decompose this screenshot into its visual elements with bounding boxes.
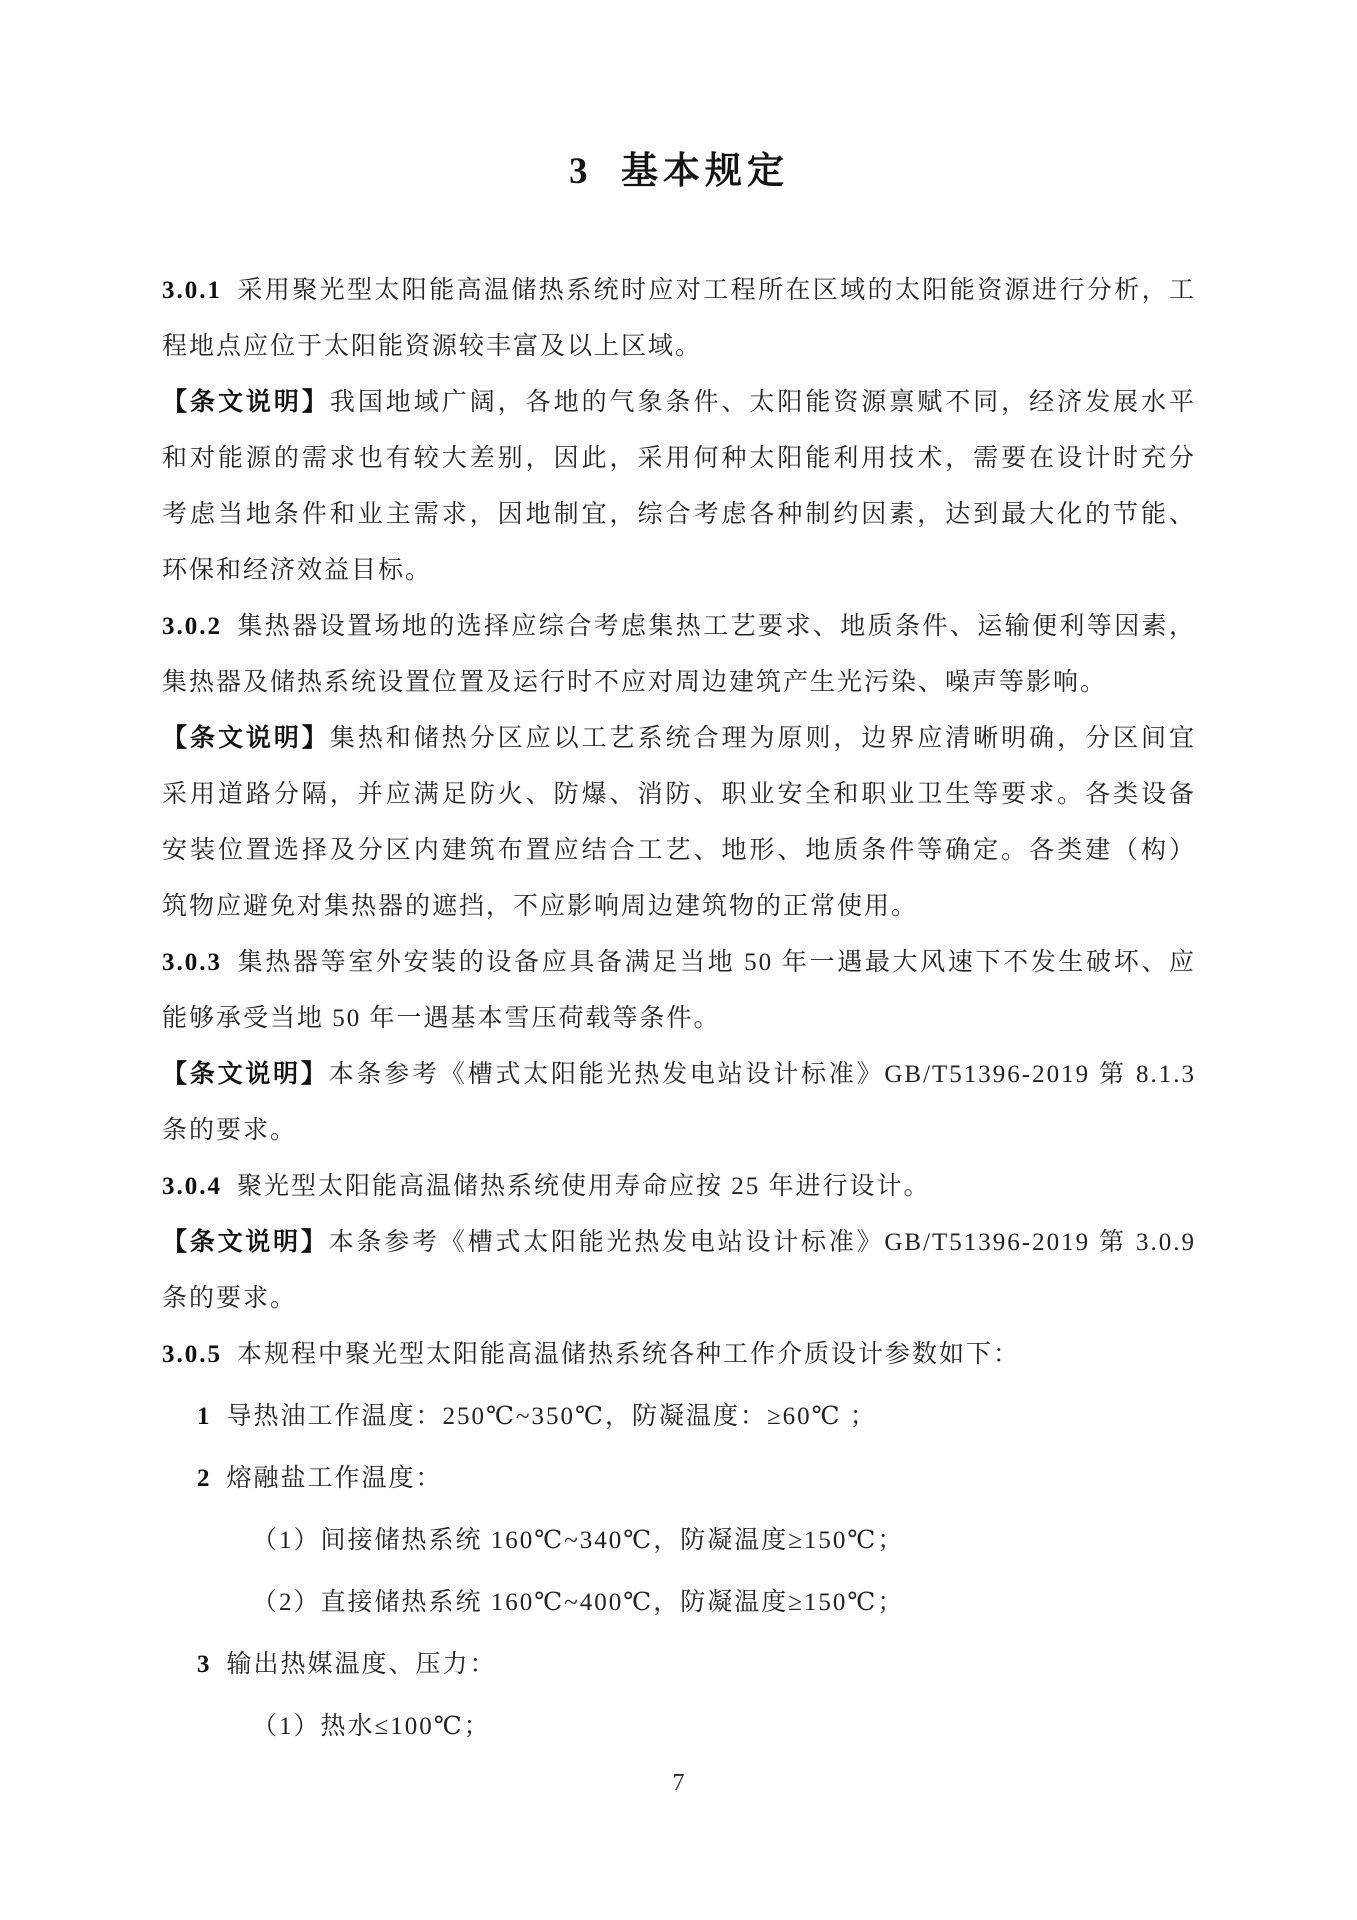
commentary-3-0-3: 【条文说明】本条参考《槽式太阳能光热发电站设计标准》GB/T51396-2019… [162, 1047, 1196, 1159]
line-text: 条的要求。 [162, 1117, 297, 1144]
line-text: 采用聚光型太阳能高温储热系统时应对工程所在区域的太阳能资源进行分析，工 [237, 277, 1196, 304]
item-number: 3 [197, 1651, 212, 1678]
document-page: 3 基本规定 3.0.1采用聚光型太阳能高温储热系统时应对工程所在区域的太阳能资… [0, 0, 1357, 1920]
commentary-line: 【条文说明】我国地域广阔，各地的气象条件、太阳能资源禀赋不同，经济发展水平 [162, 375, 1196, 431]
document-body: 3.0.1采用聚光型太阳能高温储热系统时应对工程所在区域的太阳能资源进行分析，工… [162, 263, 1196, 1755]
commentary-label: 【条文说明】 [162, 725, 330, 752]
commentary-line: 环保和经济效益目标。 [162, 543, 1196, 599]
commentary-label: 【条文说明】 [162, 389, 330, 416]
line-text: 程地点应位于太阳能资源较丰富及以上区域。 [162, 333, 702, 360]
clause-number: 3.0.4 [162, 1173, 222, 1200]
clause-line: 3.0.4聚光型太阳能高温储热系统使用寿命应按 25 年进行设计。 [162, 1159, 1196, 1215]
commentary-line: 条的要求。 [162, 1103, 1196, 1159]
clause-number: 3.0.2 [162, 613, 222, 640]
line-text: 集热器设置场地的选择应综合考虑集热工艺要求、地质条件、运输便利等因素， [237, 613, 1196, 640]
commentary-label: 【条文说明】 [162, 1061, 329, 1088]
list-item-1: 1导热油工作温度：250℃~350℃，防凝温度：≥60℃ ； [162, 1389, 1196, 1445]
commentary-line: 条的要求。 [162, 1271, 1196, 1327]
commentary-line: 安装位置选择及分区内建筑布置应结合工艺、地形、地质条件等确定。各类建（构） [162, 823, 1196, 879]
line-text: 安装位置选择及分区内建筑布置应结合工艺、地形、地质条件等确定。各类建（构） [162, 837, 1196, 864]
clause-number: 3.0.1 [162, 277, 222, 304]
commentary-line: 考虑当地条件和业主需求，因地制宜，综合考虑各种制约因素，达到最大化的节能、 [162, 487, 1196, 543]
line-text: 和对能源的需求也有较大差别，因此，采用何种太阳能利用技术，需要在设计时充分 [162, 445, 1196, 472]
clause-line: 3.0.5本规程中聚光型太阳能高温储热系统各种工作介质设计参数如下： [162, 1327, 1196, 1383]
clause-3-0-5: 3.0.5本规程中聚光型太阳能高温储热系统各种工作介质设计参数如下： 1导热油工… [162, 1327, 1196, 1755]
commentary-line: 筑物应避免对集热器的遮挡，不应影响周边建筑物的正常使用。 [162, 879, 1196, 935]
clause-line: 3.0.2集热器设置场地的选择应综合考虑集热工艺要求、地质条件、运输便利等因素， [162, 599, 1196, 655]
item-number: 2 [197, 1465, 212, 1492]
clause-3-0-4: 3.0.4聚光型太阳能高温储热系统使用寿命应按 25 年进行设计。 [162, 1159, 1196, 1215]
commentary-line: 采用道路分隔，并应满足防火、防爆、消防、职业安全和职业卫生等要求。各类设备 [162, 767, 1196, 823]
list-subitem-2-1: （1）间接储热系统 160℃~340℃，防凝温度≥150℃； [162, 1513, 1196, 1569]
list-subitem-3-1: （1）热水≤100℃； [162, 1699, 1196, 1755]
line-text: 条的要求。 [162, 1285, 297, 1312]
item-number: 1 [197, 1403, 212, 1430]
clause-number: 3.0.5 [162, 1341, 222, 1368]
clause-3-0-3: 3.0.3集热器等室外安装的设备应具备满足当地 50 年一遇最大风速下不发生破坏… [162, 935, 1196, 1047]
list-item-2: 2熔融盐工作温度： [162, 1451, 1196, 1507]
commentary-3-0-2: 【条文说明】集热和储热分区应以工艺系统合理为原则，边界应清晰明确，分区间宜 采用… [162, 711, 1196, 935]
page-number: 7 [0, 1768, 1357, 1798]
line-text: 筑物应避免对集热器的遮挡，不应影响周边建筑物的正常使用。 [162, 893, 918, 920]
commentary-line: 【条文说明】集热和储热分区应以工艺系统合理为原则，边界应清晰明确，分区间宜 [162, 711, 1196, 767]
list-item-3: 3输出热媒温度、压力： [162, 1637, 1196, 1693]
line-text: 聚光型太阳能高温储热系统使用寿命应按 25 年进行设计。 [237, 1173, 931, 1200]
clause-line: 能够承受当地 50 年一遇基本雪压荷载等条件。 [162, 991, 1196, 1047]
line-text: 环保和经济效益目标。 [162, 557, 432, 584]
commentary-label: 【条文说明】 [162, 1229, 329, 1256]
line-text: 本条参考《槽式太阳能光热发电站设计标准》GB/T51396-2019 第 3.0… [329, 1229, 1196, 1256]
clause-number: 3.0.3 [162, 949, 222, 976]
line-text: 采用道路分隔，并应满足防火、防爆、消防、职业安全和职业卫生等要求。各类设备 [162, 781, 1196, 808]
commentary-line: 【条文说明】本条参考《槽式太阳能光热发电站设计标准》GB/T51396-2019… [162, 1047, 1196, 1103]
line-text: 本条参考《槽式太阳能光热发电站设计标准》GB/T51396-2019 第 8.1… [329, 1061, 1196, 1088]
clause-3-0-1: 3.0.1采用聚光型太阳能高温储热系统时应对工程所在区域的太阳能资源进行分析，工… [162, 263, 1196, 375]
commentary-3-0-4: 【条文说明】本条参考《槽式太阳能光热发电站设计标准》GB/T51396-2019… [162, 1215, 1196, 1327]
line-text: 集热器及储热系统设置位置及运行时不应对周边建筑产生光污染、噪声等影响。 [162, 669, 1107, 696]
clause-line: 3.0.1采用聚光型太阳能高温储热系统时应对工程所在区域的太阳能资源进行分析，工 [162, 263, 1196, 319]
line-text: 考虑当地条件和业主需求，因地制宜，综合考虑各种制约因素，达到最大化的节能、 [162, 501, 1196, 528]
line-text: 集热和储热分区应以工艺系统合理为原则，边界应清晰明确，分区间宜 [330, 725, 1196, 752]
clause-3-0-2: 3.0.2集热器设置场地的选择应综合考虑集热工艺要求、地质条件、运输便利等因素，… [162, 599, 1196, 711]
line-text: 熔融盐工作温度： [227, 1465, 443, 1492]
commentary-line: 【条文说明】本条参考《槽式太阳能光热发电站设计标准》GB/T51396-2019… [162, 1215, 1196, 1271]
commentary-line: 和对能源的需求也有较大差别，因此，采用何种太阳能利用技术，需要在设计时充分 [162, 431, 1196, 487]
line-text: 导热油工作温度：250℃~350℃，防凝温度：≥60℃ ； [227, 1403, 877, 1430]
list-subitem-2-2: （2）直接储热系统 160℃~400℃，防凝温度≥150℃； [162, 1575, 1196, 1631]
clause-line: 集热器及储热系统设置位置及运行时不应对周边建筑产生光污染、噪声等影响。 [162, 655, 1196, 711]
line-text: （1）热水≤100℃； [252, 1713, 491, 1740]
line-text: 集热器等室外安装的设备应具备满足当地 50 年一遇最大风速下不发生破坏、应 [237, 949, 1196, 976]
clause-line: 3.0.3集热器等室外安装的设备应具备满足当地 50 年一遇最大风速下不发生破坏… [162, 935, 1196, 991]
line-text: 输出热媒温度、压力： [227, 1651, 497, 1678]
line-text: （2）直接储热系统 160℃~400℃，防凝温度≥150℃； [252, 1589, 904, 1616]
line-text: 能够承受当地 50 年一遇基本雪压荷载等条件。 [162, 1005, 721, 1032]
clause-line: 程地点应位于太阳能资源较丰富及以上区域。 [162, 319, 1196, 375]
commentary-3-0-1: 【条文说明】我国地域广阔，各地的气象条件、太阳能资源禀赋不同，经济发展水平 和对… [162, 375, 1196, 599]
line-text: （1）间接储热系统 160℃~340℃，防凝温度≥150℃； [252, 1527, 904, 1554]
line-text: 我国地域广阔，各地的气象条件、太阳能资源禀赋不同，经济发展水平 [330, 389, 1196, 416]
line-text: 本规程中聚光型太阳能高温储热系统各种工作介质设计参数如下： [237, 1341, 1020, 1368]
section-title: 3 基本规定 [162, 148, 1196, 196]
